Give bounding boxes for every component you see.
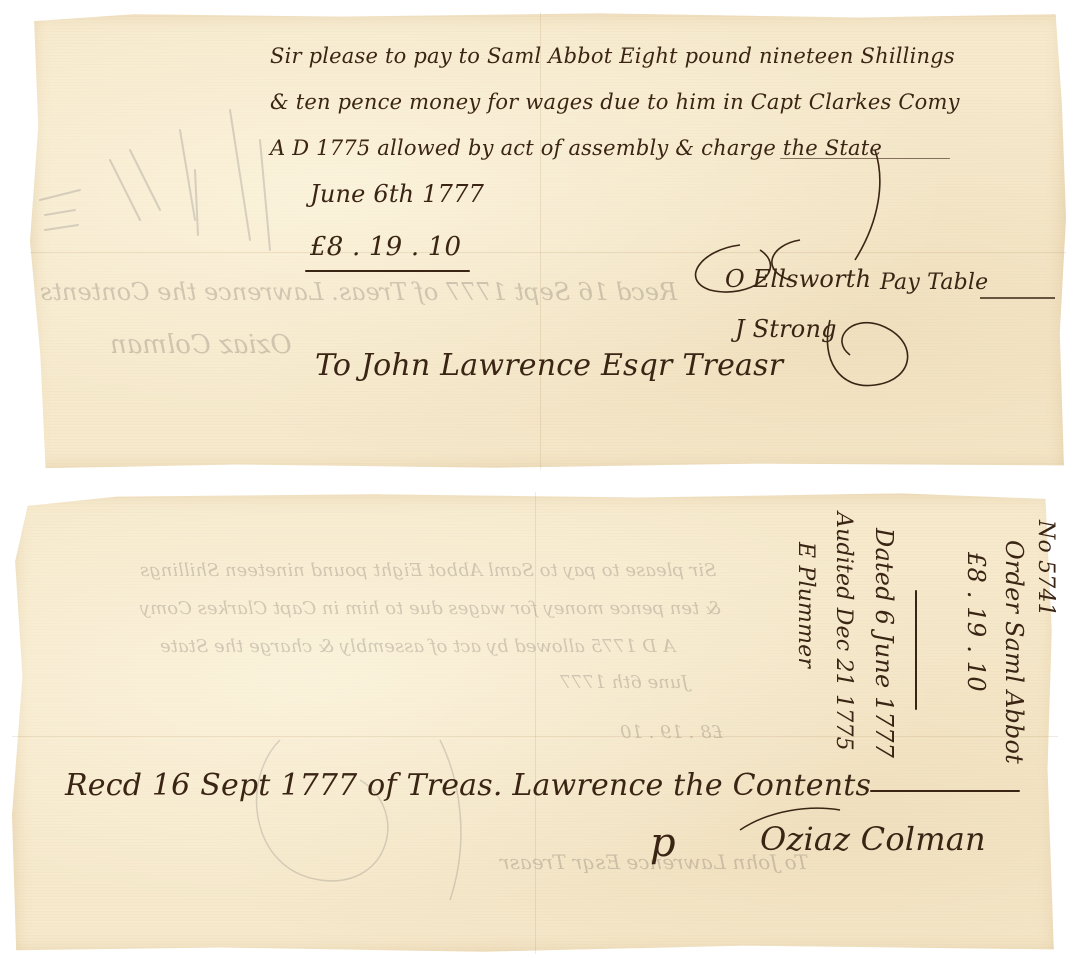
docket-auditor: E Plummer bbox=[793, 542, 818, 668]
order-amount: £8 . 19 . 10 bbox=[310, 232, 461, 262]
receipt-line: Recd 16 Sept 1777 of Treas. Lawrence the… bbox=[65, 768, 871, 803]
docket-audited: Audited Dec 21 1775 bbox=[831, 512, 856, 751]
signature-role: Pay Table bbox=[880, 270, 988, 295]
fold-line bbox=[540, 12, 541, 470]
rule bbox=[780, 158, 950, 159]
order-line-1: Sir please to pay to Saml Abbot Eight po… bbox=[270, 44, 955, 68]
fold-line bbox=[30, 252, 1066, 253]
order-line-2: & ten pence money for wages due to him i… bbox=[270, 90, 960, 114]
document-front-sheet bbox=[30, 12, 1066, 470]
docket-name: Order Saml Abbot bbox=[1000, 540, 1028, 764]
ghost-text: Oziaz Colman bbox=[110, 330, 292, 360]
docket-amount: £8 . 19 . 10 bbox=[962, 552, 990, 692]
signature-ellsworth: O Ellsworth bbox=[725, 265, 871, 293]
signature-strong: J Strong bbox=[735, 315, 837, 343]
receipt-prefix: p bbox=[650, 820, 676, 866]
amount-underline bbox=[305, 270, 470, 272]
ghost-text: £8 . 19 . 10 bbox=[620, 722, 723, 743]
docket-number: No 5741 bbox=[1033, 520, 1058, 617]
ghost-text: Sir please to pay to Saml Abbot Eight po… bbox=[140, 560, 716, 581]
order-date: June 6th 1777 bbox=[310, 180, 484, 208]
ghost-text: & ten pence money for wages due to him i… bbox=[140, 598, 721, 619]
order-line-3: A D 1775 allowed by act of assembly & ch… bbox=[270, 136, 882, 160]
receipt-rule bbox=[870, 790, 1020, 792]
ghost-text: A D 1775 allowed by act of assembly & ch… bbox=[160, 636, 675, 657]
docket-dated: Dated 6 June 1777 bbox=[870, 528, 898, 758]
order-addressee: To John Lawrence Esqr Treasr bbox=[315, 348, 783, 383]
ghost-text: Recd 16 Sept 1777 of Treas. Lawrence the… bbox=[40, 278, 677, 306]
receipt-signature: Oziaz Colman bbox=[760, 820, 986, 858]
ghost-text: June 6th 1777 bbox=[560, 672, 689, 693]
docket-amount-rule bbox=[915, 590, 917, 710]
